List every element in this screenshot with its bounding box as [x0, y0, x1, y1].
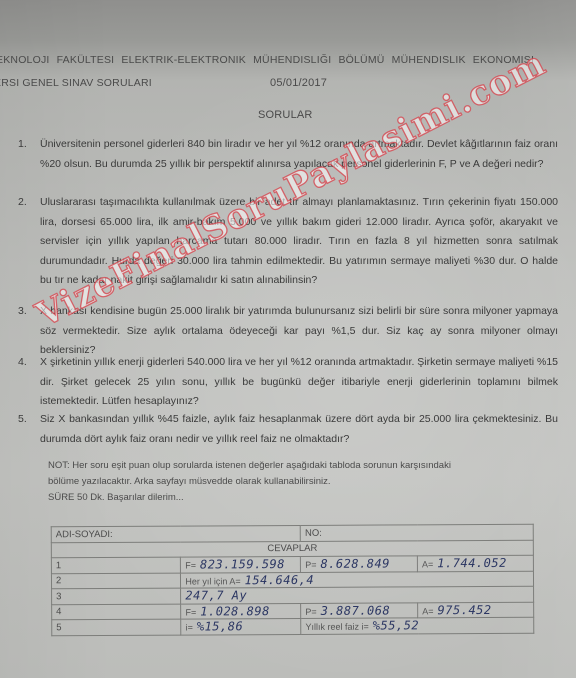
name-label: ADI-SOYADI: [56, 529, 113, 540]
duration-line: SÜRE 50 Dk. Başarılar dilerim... [48, 490, 548, 506]
answer-label: Her yıl için A= [185, 576, 240, 586]
handwritten-answer: 247,7 Ay [185, 588, 247, 602]
question-text: Üniversitenin personel giderleri 840 bin… [40, 135, 558, 174]
answer-label: P= [305, 560, 316, 570]
answer-cell[interactable]: Her yıl için A=154.646,4 [181, 571, 534, 588]
row-number: 4 [52, 604, 181, 620]
answer-cell[interactable]: Yıllık reel faiz i=%55,52 [301, 617, 534, 634]
question-3: 3. X bankası kendisine bugün 25.000 lira… [18, 302, 558, 361]
question-number: 1. [18, 135, 38, 155]
answer-label: F= [185, 561, 196, 571]
answer-cell[interactable]: A=1.744.052 [417, 555, 533, 571]
answer-cell[interactable]: F=823.159.598 [181, 556, 301, 572]
answer-cell[interactable]: 247,7 Ay [181, 586, 534, 603]
handwritten-answer: 154.646,4 [245, 573, 315, 587]
answer-cell[interactable]: P=8.628.849 [301, 556, 418, 572]
no-label: NO: [305, 528, 322, 539]
answer-label: A= [422, 560, 433, 570]
faculty-header: eknoloji fakültesi elektrik-elektronik m… [0, 54, 534, 66]
name-field[interactable]: ADI-SOYADI: [51, 525, 300, 542]
note-line: NOT: Her soru eşit puan olup sorularda i… [48, 458, 548, 474]
answer-label: Yıllık reel faiz i= [305, 622, 368, 632]
student-no-field[interactable]: NO: [300, 524, 533, 541]
exam-paper: eknoloji fakültesi elektrik-elektronik m… [0, 0, 576, 678]
question-4: 4. X şirketinin yıllık enerji giderleri … [18, 353, 558, 412]
handwritten-answer: %55,52 [373, 619, 419, 633]
handwritten-answer: 8.628.849 [320, 557, 390, 571]
answer-label: F= [185, 607, 196, 617]
answer-cell[interactable]: P=3.887.068 [301, 602, 418, 618]
question-text: X bankası kendisine bugün 25.000 liralık… [40, 302, 558, 361]
answer-table: ADI-SOYADI: NO: CEVAPLAR 1 F=823.159.598… [51, 524, 535, 636]
exam-title: ersi genel sinav soruları [0, 77, 152, 89]
handwritten-answer: %15,86 [197, 620, 243, 634]
question-1: 1. Üniversitenin personel giderleri 840 … [18, 135, 558, 174]
table-row: 5 i=%15,86 Yıllık reel faiz i=%55,52 [52, 617, 534, 635]
question-text: X şirketinin yıllık enerji giderleri 540… [40, 353, 558, 412]
handwritten-answer: 3.887.068 [321, 603, 391, 617]
note-line: bölüme yazılacaktır. Arka sayfayı müsved… [48, 474, 548, 490]
answer-label: i= [186, 623, 193, 633]
question-number: 2. [18, 193, 38, 213]
row-number: 2 [51, 573, 180, 589]
question-text: Siz X bankasından yıllık %45 faizle, ayl… [40, 410, 558, 449]
answer-label: A= [422, 606, 433, 616]
section-title: SORULAR [258, 109, 313, 121]
question-text: Uluslararası taşımacılıkta kullanılmak ü… [40, 193, 558, 291]
row-number: 5 [52, 619, 181, 635]
answer-label: P= [305, 607, 316, 617]
row-number: 1 [51, 557, 180, 573]
question-number: 4. [18, 353, 38, 373]
question-5: 5. Siz X bankasından yıllık %45 faizle, … [18, 410, 558, 449]
answer-cell[interactable]: F=1.028.898 [181, 603, 301, 619]
handwritten-answer: 975.452 [437, 603, 491, 617]
exam-note: NOT: Her soru eşit puan olup sorularda i… [48, 458, 548, 506]
exam-date: 05/01/2017 [270, 77, 327, 89]
handwritten-answer: 823.159.598 [200, 557, 285, 571]
question-2: 2. Uluslararası taşımacılıkta kullanılma… [18, 193, 558, 291]
handwritten-answer: 1.028.898 [200, 604, 270, 618]
answer-cell[interactable]: A=975.452 [418, 602, 534, 618]
handwritten-answer: 1.744.052 [437, 556, 507, 570]
question-number: 5. [18, 410, 38, 430]
row-number: 3 [52, 588, 181, 604]
question-number: 3. [18, 302, 38, 322]
answer-cell[interactable]: i=%15,86 [181, 618, 301, 634]
